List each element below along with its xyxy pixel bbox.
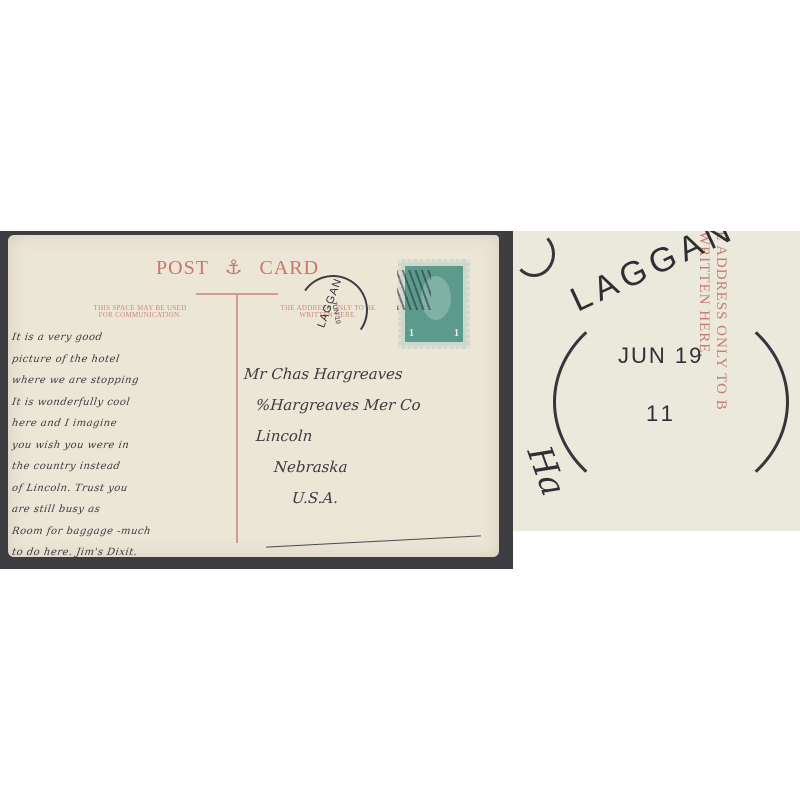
postmark-detail-zoom: E ADDRESS ONLY TO B WRITTEN HERE. LAGGAN… [513, 231, 800, 531]
message-line: here and I imagine [10, 413, 233, 435]
message-line: of Lincoln. Trust you [10, 478, 233, 500]
postmark-year: 11 [646, 401, 677, 427]
postage-stamp: 1 1 [398, 259, 470, 349]
message-line: the country instead [10, 456, 233, 478]
message-line: It is a very good [10, 327, 233, 349]
postcard-back: POST ⚓ CARD THIS SPACE MAY BE USED FOR C… [8, 235, 499, 557]
message-line: you wish you were in [10, 435, 233, 457]
message-line: where we are stopping [10, 370, 233, 392]
postmark-date: JUN 19 [618, 343, 703, 369]
address-underline [266, 535, 481, 547]
message-line: It is wonderfully cool [10, 392, 233, 414]
message-line: Room for baggage -much [10, 521, 233, 543]
message-line: picture of the hotel [10, 349, 233, 371]
message-line: to do here. Jim's Dixit. [10, 542, 233, 564]
communication-caption: THIS SPACE MAY BE USED FOR COMMUNICATION… [70, 305, 210, 319]
partial-handwriting: Ha [519, 441, 574, 502]
title-post: POST [156, 257, 209, 279]
stamp-denomination-right: 1 [454, 328, 459, 339]
address-line: Nebraska [273, 452, 422, 483]
handwritten-message: It is a very good picture of the hotel w… [12, 327, 232, 564]
cancellation-bars [397, 270, 431, 310]
center-divider [236, 293, 238, 543]
handwritten-address: Mr Chas Hargreaves %Hargreaves Mer Co Li… [244, 359, 421, 514]
stamp-denomination-left: 1 [409, 328, 414, 339]
handwriting-stroke [513, 231, 555, 277]
message-line: are still busy as [10, 499, 233, 521]
anchor-icon: ⚓ [225, 255, 244, 279]
postmark: LAGGAN JUN 19 [298, 275, 368, 345]
postcard-title: POST ⚓ CARD [156, 255, 319, 280]
postcard-full-view: POST ⚓ CARD THIS SPACE MAY BE USED FOR C… [0, 231, 513, 569]
address-line: U.S.A. [291, 483, 422, 514]
address-line: Lincoln [255, 421, 422, 452]
address-line: %Hargreaves Mer Co [255, 390, 422, 421]
address-line: Mr Chas Hargreaves [243, 359, 422, 390]
